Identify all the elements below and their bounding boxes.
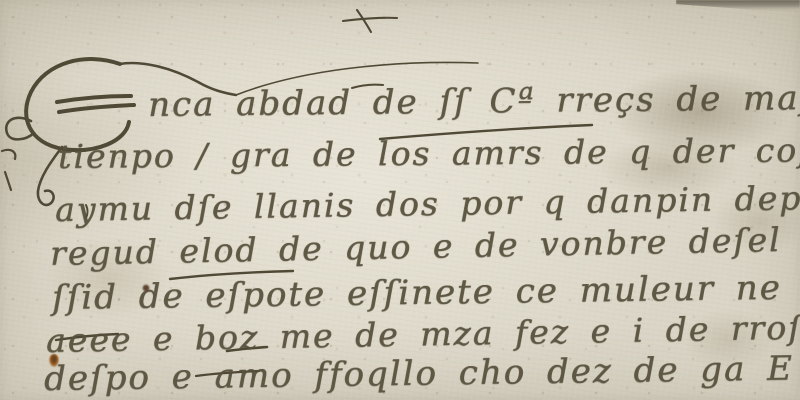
handwriting-line-7: deſpo e amo ffoqllo cho dez de ga E luz … (44, 350, 800, 396)
margin-mark (2, 150, 15, 159)
ink-dot (142, 284, 150, 292)
invocation-cross-icon (343, 10, 397, 32)
handwriting-line-2: tienpo / gra de los amrs de q der coſi a… (58, 133, 800, 173)
rust-spot (49, 354, 59, 367)
handwriting-line-5: ſſid de eſpote eſſinete ce muleur ne me (52, 270, 800, 315)
manuscript-page: nca abdad de ſſ Cª rreçs de maſç de tien… (0, 0, 800, 400)
initial-letter-E-flourish (2, 59, 236, 205)
margin-mark (5, 172, 11, 190)
handwriting-line-1: nca abdad de ſſ Cª rreçs de maſç de (148, 80, 800, 122)
